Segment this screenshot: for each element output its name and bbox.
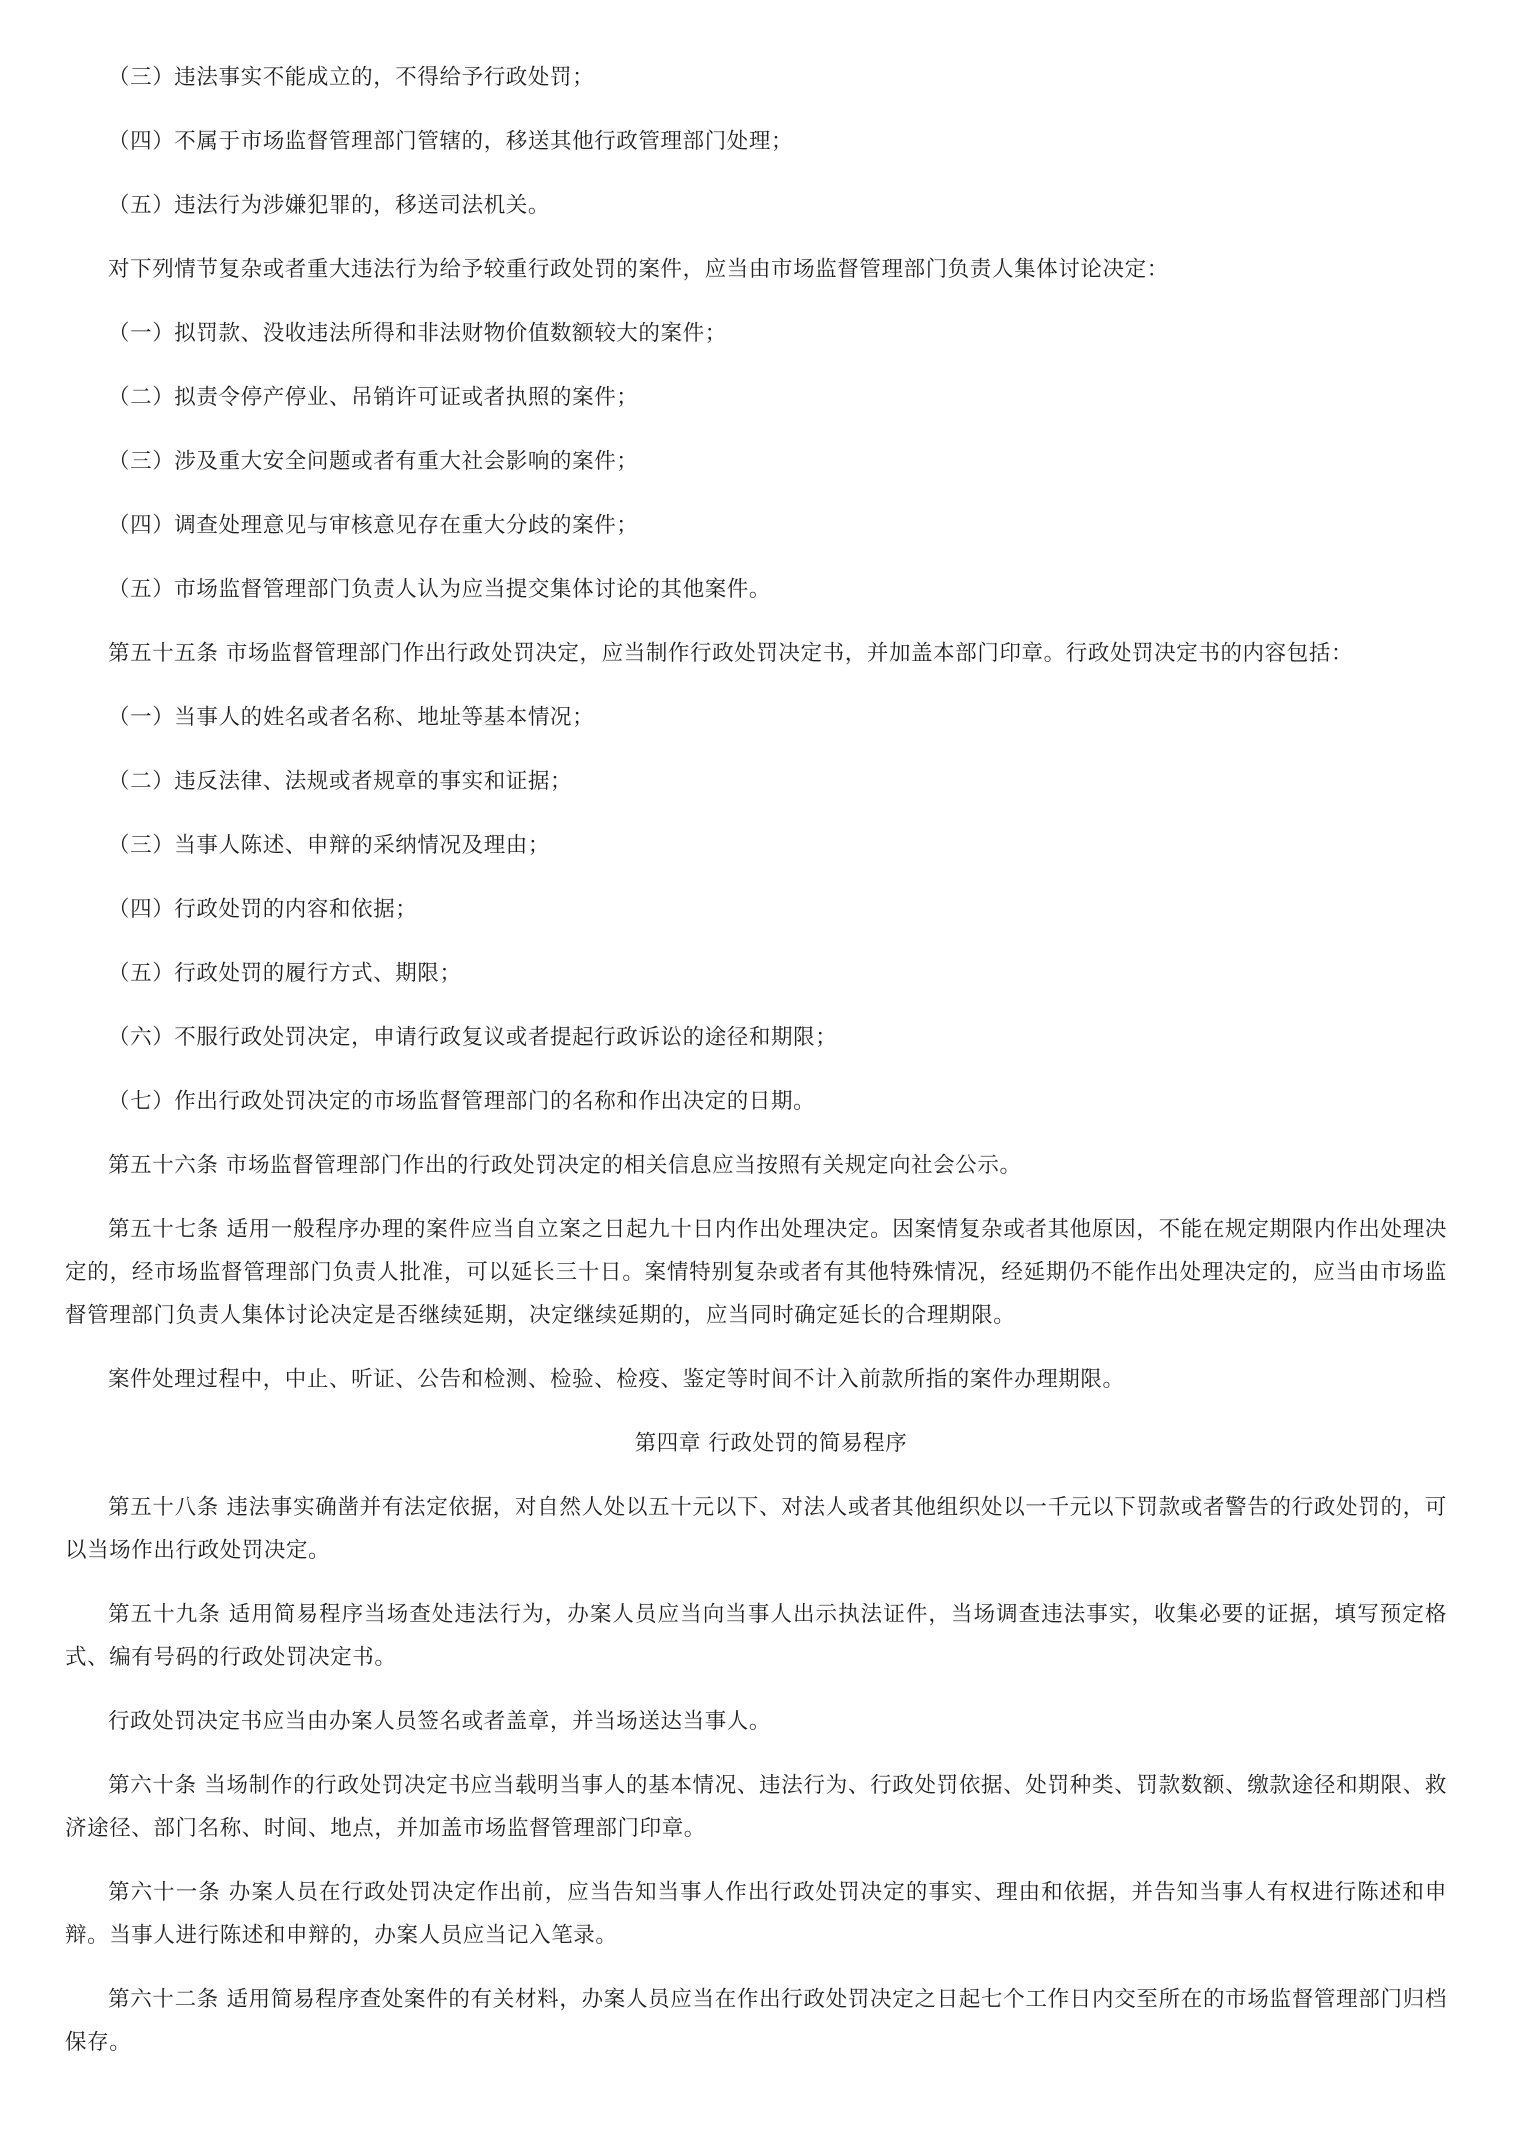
list-item-2-suspend-revoke: （二）拟责令停产停业、吊销许可证或者执照的案件；	[65, 376, 1447, 419]
chapter-4-heading: 第四章 行政处罚的简易程序	[65, 1422, 1447, 1465]
list-item-1-large-fine: （一）拟罚款、没收违法所得和非法财物价值数额较大的案件；	[65, 312, 1447, 355]
list-item-4-transfer-other-dept: （四）不属于市场监督管理部门管辖的，移送其他行政管理部门处理；	[65, 120, 1447, 163]
list-item-4-content-basis: （四）行政处罚的内容和依据；	[65, 888, 1447, 931]
list-item-3-not-established: （三）违法事实不能成立的，不得给予行政处罚；	[65, 56, 1447, 99]
list-item-7-dept-name-date: （七）作出行政处罚决定的市场监督管理部门的名称和作出决定的日期。	[65, 1080, 1447, 1123]
list-item-5-performance: （五）行政处罚的履行方式、期限；	[65, 952, 1447, 995]
decision-delivery-paragraph: 行政处罚决定书应当由办案人员签名或者盖章，并当场送达当事人。	[65, 1700, 1447, 1743]
list-item-3-statements: （三）当事人陈述、申辩的采纳情况及理由；	[65, 824, 1447, 867]
document-page: （三）违法事实不能成立的，不得给予行政处罚； （四）不属于市场监督管理部门管辖的…	[65, 56, 1447, 2085]
article-55: 第五十五条 市场监督管理部门作出行政处罚决定，应当制作行政处罚决定书，并加盖本部…	[65, 632, 1447, 675]
list-item-5-other-cases: （五）市场监督管理部门负责人认为应当提交集体讨论的其他案件。	[65, 568, 1447, 611]
list-item-2-facts-evidence: （二）违反法律、法规或者规章的事实和证据；	[65, 760, 1447, 803]
article-56: 第五十六条 市场监督管理部门作出的行政处罚决定的相关信息应当按照有关规定向社会公…	[65, 1144, 1447, 1187]
list-item-1-party-info: （一）当事人的姓名或者名称、地址等基本情况；	[65, 696, 1447, 739]
collective-discussion-paragraph: 对下列情节复杂或者重大违法行为给予较重行政处罚的案件，应当由市场监督管理部门负责…	[65, 248, 1447, 291]
article-59: 第五十九条 适用简易程序当场查处违法行为，办案人员应当向当事人出示执法证件，当场…	[65, 1593, 1447, 1679]
list-item-6-review-litigation: （六）不服行政处罚决定，申请行政复议或者提起行政诉讼的途径和期限；	[65, 1016, 1447, 1059]
article-60: 第六十条 当场制作的行政处罚决定书应当载明当事人的基本情况、违法行为、行政处罚依…	[65, 1764, 1447, 1850]
article-62: 第六十二条 适用简易程序查处案件的有关材料，办案人员应当在作出行政处罚决定之日起…	[65, 1978, 1447, 2064]
list-item-3-major-safety: （三）涉及重大安全问题或者有重大社会影响的案件；	[65, 440, 1447, 483]
article-57: 第五十七条 适用一般程序办理的案件应当自立案之日起九十日内作出处理决定。因案情复…	[65, 1208, 1447, 1337]
case-period-paragraph: 案件处理过程中，中止、听证、公告和检测、检验、检疫、鉴定等时间不计入前款所指的案…	[65, 1358, 1447, 1401]
list-item-5-transfer-judicial: （五）违法行为涉嫌犯罪的，移送司法机关。	[65, 184, 1447, 227]
list-item-4-major-disagreement: （四）调查处理意见与审核意见存在重大分歧的案件；	[65, 504, 1447, 547]
article-61: 第六十一条 办案人员在行政处罚决定作出前，应当告知当事人作出行政处罚决定的事实、…	[65, 1871, 1447, 1957]
article-58: 第五十八条 违法事实确凿并有法定依据，对自然人处以五十元以下、对法人或者其他组织…	[65, 1486, 1447, 1572]
